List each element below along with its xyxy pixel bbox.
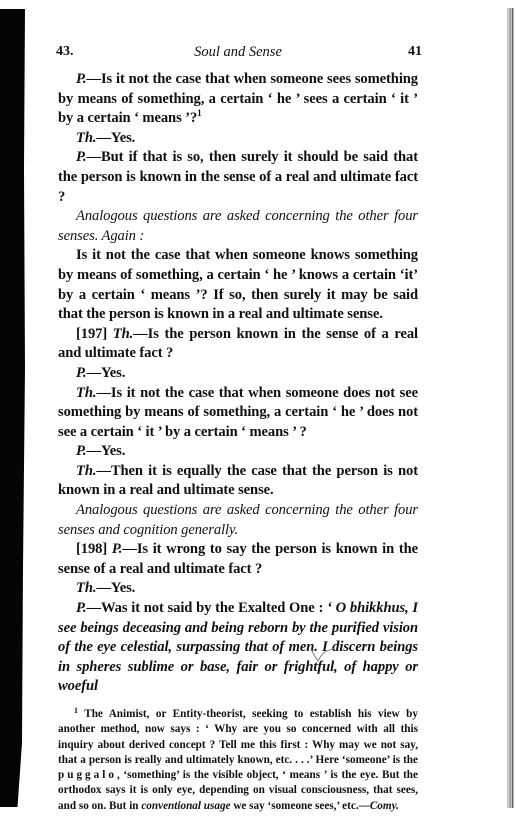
footnote-marker: 1 [74, 706, 78, 715]
running-title: Soul and Sense [58, 44, 418, 61]
editorial-note: Analogous questions are asked concerning… [58, 501, 418, 540]
speaker: Th. [76, 385, 96, 401]
page-edge-right [507, 8, 514, 808]
paragraph: P.—Was it not said by the Exalted One : … [58, 599, 418, 697]
body-text: P.—Is it not the case that when someone … [58, 70, 418, 697]
paragraph: [197] Th.—Is the person known in the sen… [58, 325, 418, 364]
speaker: P. [76, 71, 86, 87]
editorial-note: Analogous questions are asked concerning… [58, 207, 418, 246]
speaker: P. [76, 149, 86, 165]
paragraph: Th.—Yes. [58, 129, 418, 149]
speaker: P. [76, 443, 86, 459]
source-citation: Comy. [370, 800, 399, 812]
book-binding-shadow [0, 9, 25, 807]
pali-term: puggalo [58, 769, 117, 781]
footnote: 1 The Animist, or Entity-theorist, seeki… [58, 707, 418, 814]
section-ref: [198] [76, 541, 107, 557]
speaker: P. [76, 365, 86, 381]
paragraph: Th.—Then it is equally the case that the… [58, 462, 418, 501]
paragraph: [198] P.—Is it wrong to say the person i… [58, 540, 418, 579]
pencil-annotation-icon [309, 647, 339, 665]
footnote-ref: 1 [197, 108, 201, 118]
speaker: Th. [76, 580, 96, 596]
paragraph: Is it not the case that when someone kno… [58, 246, 418, 324]
paragraph: Th.—Is it not the case that when someone… [58, 384, 418, 443]
paragraph: P.—But if that is so, then surely it sho… [58, 148, 418, 207]
page-number: 41 [408, 44, 422, 60]
running-head: 43. Soul and Sense 41 [58, 44, 418, 66]
speaker: P. [112, 541, 122, 557]
paragraph: P.—Yes. [58, 442, 418, 462]
emphasis: conventional usage [141, 800, 230, 812]
book-page: 43. Soul and Sense 41 P.—Is it not the c… [58, 44, 418, 814]
paragraph: P.—Yes. [58, 364, 418, 384]
paragraph: Th.—Yes. [58, 579, 418, 599]
section-ref: [197] [76, 326, 107, 342]
footnotes: 1 The Animist, or Entity-theorist, seeki… [58, 707, 418, 814]
speaker: Th. [76, 463, 96, 479]
speaker: Th. [113, 326, 133, 342]
paragraph: P.—Is it not the case that when someone … [58, 70, 418, 129]
speaker: Th. [76, 130, 96, 146]
speaker: P. [76, 600, 86, 616]
